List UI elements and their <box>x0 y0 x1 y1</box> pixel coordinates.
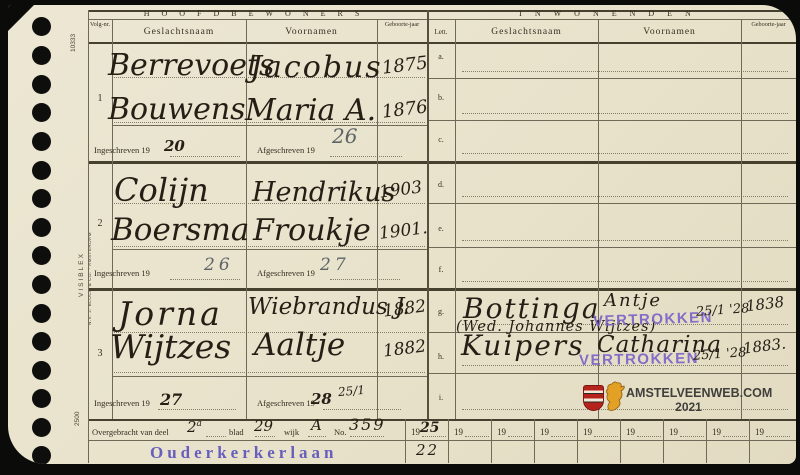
hb3-ingeschreven-label: Ingeschreven 19 <box>94 398 150 409</box>
hb1-geboortejaar-1: 1875 <box>381 54 429 77</box>
punch-hole <box>32 218 51 237</box>
writing-line <box>170 279 240 280</box>
no-value: 359 <box>349 417 386 433</box>
register-card-scan: 10333 VISIBLEX N.V. J. BLOCH & CO. - AMS… <box>0 0 800 475</box>
lett-d: d. <box>427 180 455 189</box>
grid-line <box>706 419 707 463</box>
blad-value: 29 <box>254 419 273 434</box>
overgebracht-label: Overgebracht van deel <box>92 427 169 438</box>
column-header-geslachtsnaam-left: Geslachtsnaam <box>112 27 246 39</box>
section-title-hoofdbewoners: HOOFDBEWONERS <box>88 9 427 19</box>
column-header-geslachtsnaam-right: Geslachtsnaam <box>455 27 598 39</box>
year-cell-6: 19 <box>626 427 635 438</box>
punch-hole <box>32 446 51 464</box>
corner-cut <box>8 5 34 31</box>
writing-line <box>308 436 326 437</box>
grid-line <box>88 161 796 164</box>
hb1-geslachtsnaam-2: Bouwens <box>108 95 246 125</box>
volgnr-3: 3 <box>88 348 112 361</box>
hb1-afgeschreven-jaar: 26 <box>332 126 357 146</box>
column-header-voornamen-left: Voornamen <box>246 27 377 39</box>
column-header-lett: Lett. <box>427 28 455 37</box>
hb1-geboortejaar-2: 1876 <box>381 98 429 121</box>
year-cell-1: 19 <box>411 427 420 438</box>
grid-line <box>112 376 427 377</box>
punch-hole <box>32 46 51 65</box>
hb2-geboortejaar-1: 1903 <box>378 179 423 201</box>
vertrokken-stamp-h: VERTROKKEN <box>579 350 699 369</box>
writing-line <box>637 436 661 437</box>
blad-label: blad <box>229 427 244 438</box>
lett-h: h. <box>427 352 455 361</box>
hb2-voornamen-1: Hendrikus <box>252 179 395 206</box>
hb2-geslachtsnaam-2: Boersma <box>111 215 249 246</box>
punch-hole <box>32 332 51 351</box>
hb2-voornamen-2: Froukje <box>253 216 371 246</box>
lett-f: f. <box>427 265 455 274</box>
inw-g-vertrek-datum: 25/1 '28 <box>696 302 750 319</box>
hb1-voornamen-2: Maria A. <box>245 96 376 126</box>
writing-line <box>330 279 400 280</box>
lett-a: a. <box>427 52 455 61</box>
grid-line <box>448 419 449 463</box>
punch-hole <box>32 161 51 180</box>
card-serial-bottom: 2500 <box>74 392 81 426</box>
hb2-geboortejaar-2: 1901. <box>378 220 428 243</box>
hb3-geboortejaar-1: 1882 <box>382 298 427 320</box>
punch-hole <box>32 418 51 437</box>
column-header-geboortejaar-left: Geboorte-jaar <box>377 21 427 29</box>
year-cell-2: 19 <box>454 427 463 438</box>
punch-hole <box>32 361 51 380</box>
grid-line <box>620 419 621 463</box>
writing-line <box>723 436 747 437</box>
volgnr-2: 2 <box>88 218 112 231</box>
punch-hole <box>32 189 51 208</box>
lett-i: i. <box>427 393 455 402</box>
lett-c: c. <box>427 135 455 144</box>
hb3-afgeschreven-datum: 25/1 <box>338 384 366 398</box>
grid-line <box>112 249 427 250</box>
grid-line <box>455 19 456 419</box>
lett-g: g. <box>427 307 455 316</box>
writing-line <box>323 409 401 410</box>
hb1-voornamen-1: Jacobus <box>250 53 383 83</box>
inw-h-vertrek-datum: 25/1 '28 <box>693 346 747 363</box>
punch-hole <box>32 275 51 294</box>
writing-line <box>462 153 788 154</box>
writing-line <box>551 436 575 437</box>
grid-line <box>663 419 664 463</box>
punch-hole <box>32 246 51 265</box>
punch-hole <box>32 132 51 151</box>
writing-line <box>680 436 704 437</box>
grid-line <box>749 419 750 463</box>
writing-line <box>462 71 788 72</box>
grid-line <box>88 10 89 463</box>
writing-line <box>508 436 532 437</box>
grid-line <box>88 288 796 291</box>
deel-value: 2 <box>187 418 197 436</box>
printer-name: VISIBLEX <box>78 217 85 297</box>
grid-line <box>577 419 578 463</box>
punch-hole <box>32 304 51 323</box>
writing-line <box>114 372 425 373</box>
year-cell-4: 19 <box>540 427 549 438</box>
hb2-ingeschreven-jaar: 26 <box>204 257 234 274</box>
inw-h-geslachtsnaam: Kuipers <box>461 332 585 360</box>
lion-rampant-icon <box>602 380 626 417</box>
hb3-geboortejaar-2: 1882 <box>382 338 427 360</box>
writing-line <box>462 281 788 282</box>
year-cell-9: 19 <box>755 427 764 438</box>
grid-line <box>88 42 796 44</box>
wijk-value: A <box>311 418 322 433</box>
wijk-label: wijk <box>284 427 299 438</box>
hb2-ingeschreven-label: Ingeschreven 19 <box>94 268 150 279</box>
hb3-ingeschreven-jaar: 27 <box>160 392 182 408</box>
hb1-ingeschreven-jaar: 20 <box>164 139 185 154</box>
grid-line <box>405 419 406 463</box>
writing-line <box>462 196 788 197</box>
hb1-ingeschreven-label: Ingeschreven 19 <box>94 145 150 156</box>
hb2-afgeschreven-jaar: 27 <box>320 257 350 274</box>
inw-h-geboortejaar: 1883. <box>742 336 786 356</box>
writing-line <box>465 436 489 437</box>
section-title-inwonenden: INWONENDEN <box>427 9 796 19</box>
writing-line <box>170 156 240 157</box>
punch-hole <box>32 75 51 94</box>
lett-e: e. <box>427 224 455 233</box>
writing-line <box>766 436 790 437</box>
watermark-year: 2021 <box>626 400 751 414</box>
register-card: 10333 VISIBLEX N.V. J. BLOCH & CO. - AMS… <box>8 5 796 464</box>
column-header-volgnr: Volg-nr. <box>88 21 112 29</box>
second-row-value: 22 <box>416 443 439 458</box>
hb2-afgeschreven-label: Afgeschreven 19 <box>257 268 315 279</box>
hb3-voornamen-2: Aaltje <box>254 330 345 361</box>
year-cell-5: 19 <box>583 427 592 438</box>
inw-g-geboortejaar: 1838 <box>745 295 785 315</box>
hb1-afgeschreven-label: Afgeschreven 19 <box>257 145 315 156</box>
lett-b: b. <box>427 93 455 102</box>
hb3-afgeschreven-jaar: 28 <box>311 392 332 407</box>
hb3-afgeschreven-label: Afgeschreven 19 <box>257 398 315 409</box>
no-label: No. <box>334 427 347 438</box>
year-cell-8: 19 <box>712 427 721 438</box>
first-year-value: 25 <box>420 421 439 435</box>
grid-line <box>88 19 796 20</box>
punch-hole <box>32 17 51 36</box>
writing-line <box>255 436 275 437</box>
inw-g-voornamen: Antje <box>604 292 662 310</box>
grid-line <box>88 440 796 441</box>
punch-hole <box>32 103 51 122</box>
overgebracht-deel: 2a <box>187 420 202 435</box>
card-serial-top: 10333 <box>70 12 77 52</box>
hb3-geslachtsnaam-1: Jorna <box>118 297 223 330</box>
grid-line <box>491 419 492 463</box>
writing-line <box>462 240 788 241</box>
hb3-geslachtsnaam-2: Wijtzes <box>110 330 231 363</box>
writing-line <box>330 156 402 157</box>
deel-sup: a <box>197 419 202 429</box>
writing-line <box>594 436 618 437</box>
writing-line <box>350 436 384 437</box>
writing-line <box>206 436 226 437</box>
grid-line <box>534 419 535 463</box>
punch-hole <box>32 389 51 408</box>
column-header-geboortejaar-right: Geboorte-jaar <box>741 21 796 29</box>
amstelveen-shield-icon <box>583 385 604 411</box>
hb2-geslachtsnaam-1: Colijn <box>114 174 209 206</box>
writing-line <box>422 436 446 437</box>
writing-line <box>158 409 236 410</box>
year-cell-7: 19 <box>669 427 678 438</box>
column-header-voornamen-right: Voornamen <box>598 27 741 39</box>
year-cell-3: 19 <box>497 427 506 438</box>
street-stamp: Ouderkerkerlaan <box>150 443 338 463</box>
writing-line <box>462 113 788 114</box>
watermark-site: AMSTELVEENWEB.COM <box>626 386 772 400</box>
